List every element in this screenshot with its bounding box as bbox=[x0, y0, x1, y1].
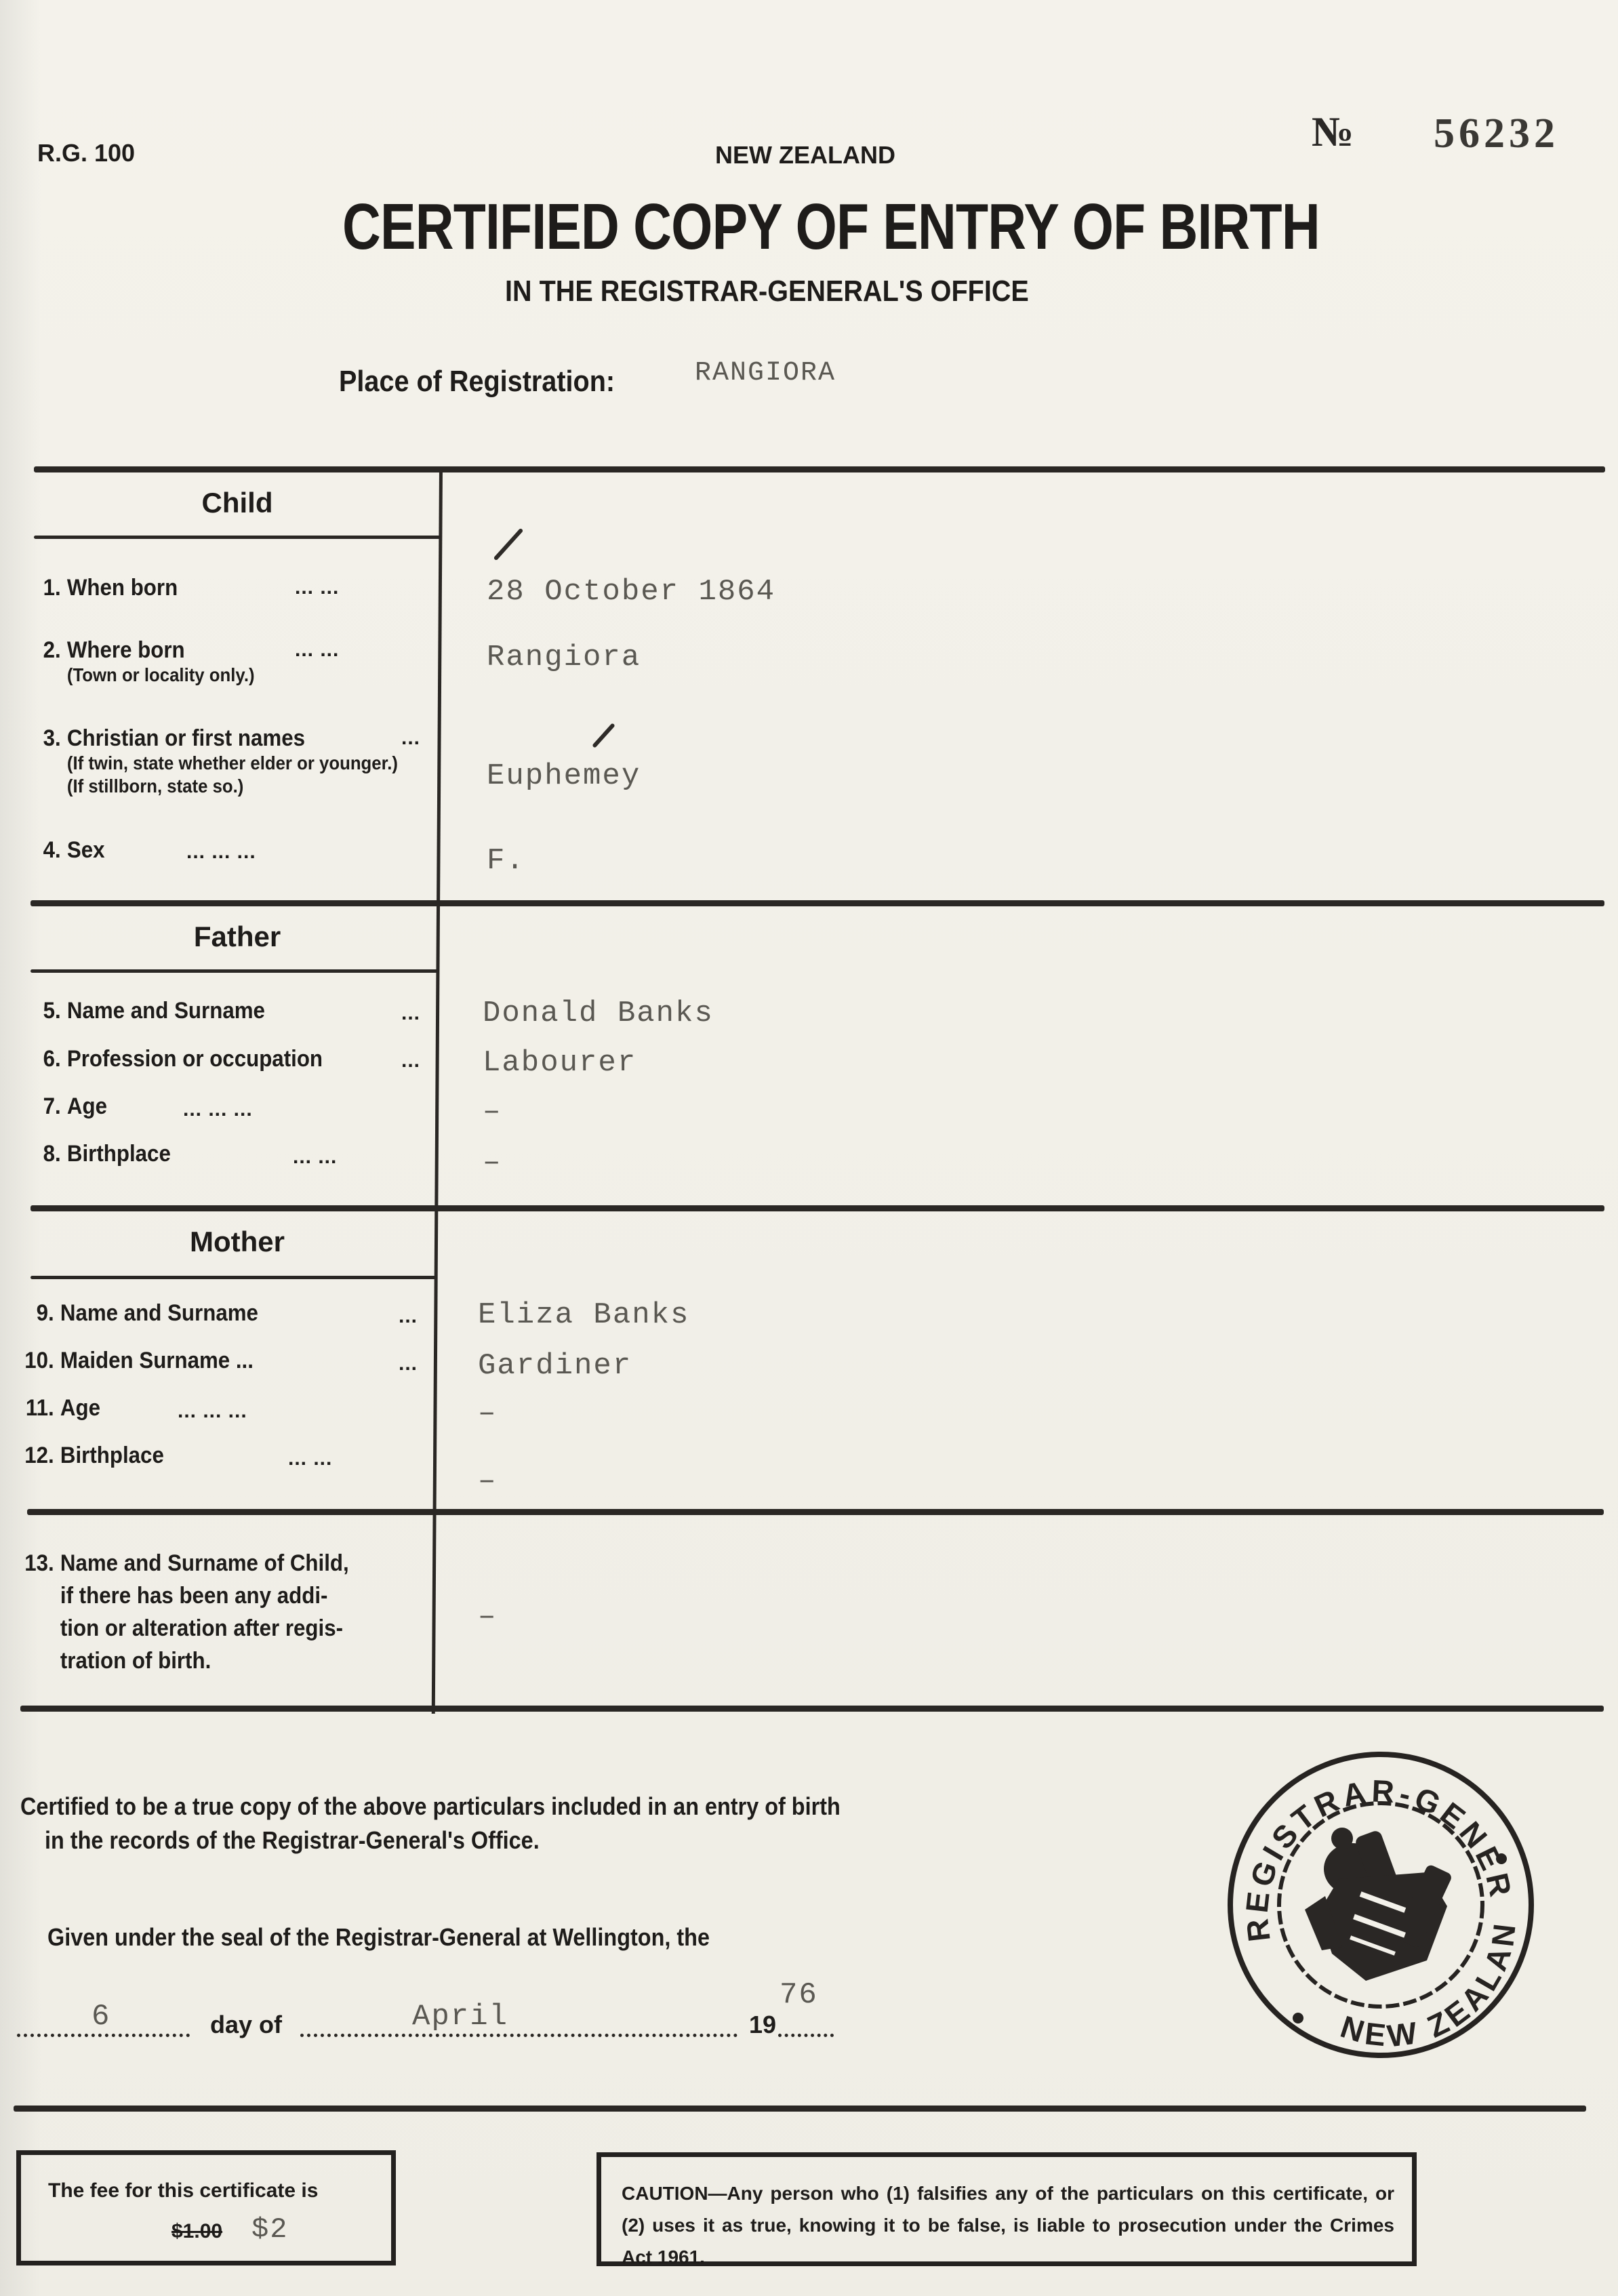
day-of-label: day of bbox=[210, 2011, 282, 2039]
value-father-birthplace: – bbox=[483, 1146, 502, 1180]
month-value: April bbox=[412, 2000, 508, 2034]
fee-label: The fee for this certificate is bbox=[48, 2179, 318, 2202]
value-where-born: Rangiora bbox=[487, 641, 641, 674]
value-father-age: – bbox=[483, 1095, 502, 1129]
section-rule bbox=[31, 900, 1604, 906]
year-prefix: 19 bbox=[749, 2011, 776, 2039]
check-mark-icon bbox=[493, 528, 524, 561]
field-label-first-names: 3.Christian or first names (If twin, sta… bbox=[27, 725, 413, 798]
field-label-mother-name: 9.Name and Surname bbox=[20, 1300, 258, 1327]
section-heading-child: Child bbox=[34, 487, 441, 519]
section-subrule bbox=[34, 536, 441, 539]
column-divider bbox=[432, 466, 443, 1714]
registrar-general-seal: REGISTRAR-GENERAL NEW ZEALAND bbox=[1223, 1744, 1539, 2066]
number-label: № bbox=[1312, 108, 1354, 157]
field-label-father-name: 5.Name and Surname bbox=[27, 998, 265, 1024]
leader-dots: ... ... ... bbox=[186, 841, 256, 864]
day-dotted-line bbox=[17, 2034, 190, 2037]
value-mother-age: – bbox=[478, 1396, 497, 1430]
value-mother-maiden-surname: Gardiner bbox=[478, 1349, 632, 1383]
given-under-seal-text: Given under the seal of the Registrar-Ge… bbox=[47, 1923, 710, 1952]
form-code: R.G. 100 bbox=[37, 139, 135, 167]
table-bottom-rule bbox=[20, 1706, 1604, 1712]
field-label-when-born: 1.When born bbox=[27, 575, 178, 601]
leader-dots: ... bbox=[399, 1305, 418, 1328]
caution-text: CAUTION—Any person who (1) falsifies any… bbox=[622, 2177, 1394, 2273]
footer-rule bbox=[14, 2106, 1586, 2112]
document-subtitle: IN THE REGISTRAR-GENERAL'S OFFICE bbox=[505, 275, 1029, 308]
value-first-names: Euphemey bbox=[487, 759, 641, 793]
value-when-born: 28 October 1864 bbox=[487, 575, 775, 609]
value-father-name: Donald Banks bbox=[483, 996, 714, 1030]
value-mother-name: Eliza Banks bbox=[478, 1298, 689, 1332]
leader-dots: ... bbox=[401, 1002, 420, 1025]
value-sex: F. bbox=[487, 844, 525, 878]
leader-dots: ... bbox=[401, 1049, 420, 1072]
fee-old-amount: $1.00 bbox=[171, 2220, 222, 2243]
fee-box: The fee for this certificate is $1.00 $2 bbox=[16, 2150, 396, 2265]
document-title: CERTIFIED COPY OF ENTRY OF BIRTH bbox=[342, 190, 1320, 264]
place-of-registration-label: Place of Registration: bbox=[339, 365, 615, 399]
leader-dots: ... ... bbox=[295, 639, 339, 662]
value-alteration: – bbox=[478, 1600, 497, 1634]
check-mark-icon bbox=[592, 723, 615, 748]
field-label-alteration: 13. Name and Surname of Child, if there … bbox=[20, 1547, 349, 1677]
section-subrule bbox=[31, 969, 439, 973]
section-heading-mother: Mother bbox=[34, 1226, 441, 1258]
table-top-rule bbox=[34, 466, 1605, 472]
caution-box: CAUTION—Any person who (1) falsifies any… bbox=[596, 2152, 1417, 2266]
fee-new-amount: $2 bbox=[251, 2213, 288, 2246]
year-dotted-line bbox=[778, 2034, 834, 2037]
place-of-registration-value: RANGIORA bbox=[695, 358, 836, 388]
field-label-father-occupation: 6.Profession or occupation bbox=[27, 1046, 323, 1072]
field-label-where-born: 2.Where born (Town or locality only.) bbox=[27, 637, 255, 687]
year-value: 76 bbox=[780, 1978, 818, 2012]
section-rule bbox=[27, 1509, 1604, 1515]
section-heading-father: Father bbox=[34, 921, 441, 953]
leader-dots: ... ... bbox=[295, 576, 339, 599]
leader-dots: ... ... ... bbox=[178, 1400, 247, 1423]
leader-dots: ... bbox=[399, 1352, 418, 1375]
leader-dots: ... bbox=[401, 727, 420, 750]
field-label-father-age: 7.Age bbox=[27, 1093, 107, 1120]
value-father-occupation: Labourer bbox=[483, 1046, 636, 1080]
leader-dots: ... ... bbox=[288, 1447, 332, 1470]
month-dotted-line bbox=[300, 2034, 737, 2037]
field-label-sex: 4.Sex bbox=[27, 837, 105, 864]
section-rule bbox=[31, 1205, 1604, 1211]
field-label-father-birthplace: 8.Birthplace bbox=[27, 1141, 171, 1167]
field-label-mother-maiden-surname: 10.Maiden Surname ... bbox=[20, 1348, 254, 1374]
certification-statement: Certified to be a true copy of the above… bbox=[20, 1790, 996, 1857]
day-value: 6 bbox=[92, 2000, 110, 2034]
field-label-mother-birthplace: 12.Birthplace bbox=[20, 1443, 164, 1469]
leader-dots: ... ... ... bbox=[183, 1098, 253, 1121]
certificate-number: 56232 bbox=[1434, 110, 1559, 158]
country-heading: NEW ZEALAND bbox=[715, 141, 895, 169]
leader-dots: ... ... bbox=[293, 1146, 337, 1169]
seal-emblem-icon: REGISTRAR-GENERAL NEW ZEALAND bbox=[1223, 1744, 1539, 2066]
section-subrule bbox=[31, 1276, 437, 1279]
value-mother-birthplace: – bbox=[478, 1464, 497, 1498]
field-label-mother-age: 11.Age bbox=[20, 1395, 100, 1422]
